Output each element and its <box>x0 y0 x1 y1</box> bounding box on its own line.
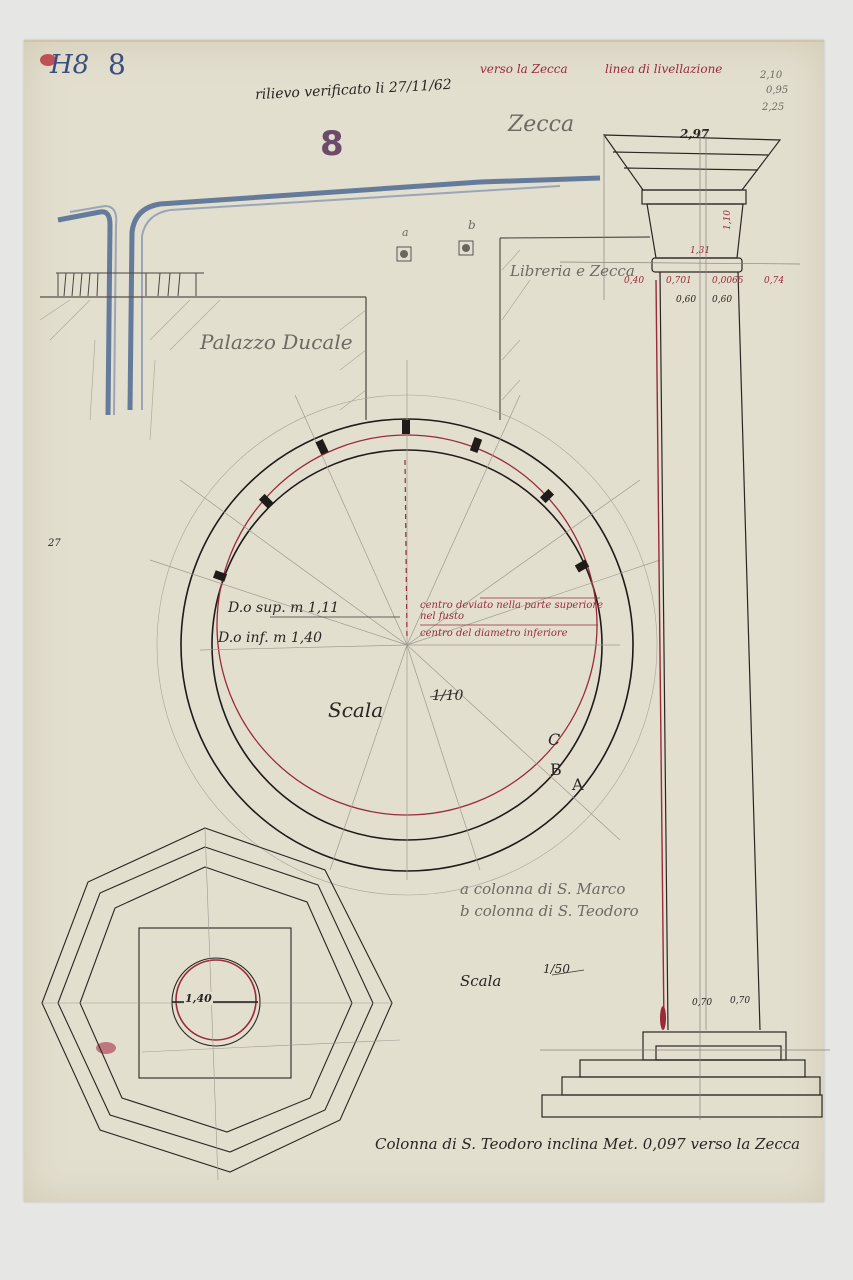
bridge-railing <box>40 273 205 297</box>
palazzo-ducale-outline <box>40 297 366 420</box>
measure-black-2: 0,60 <box>712 295 732 305</box>
measure-black-1: 0,60 <box>676 295 696 305</box>
measure-red-1: 0,40 <box>624 276 644 286</box>
plumb-line <box>656 280 664 1028</box>
plan-scale-value: 1/10 <box>432 688 463 704</box>
plan-scale-label: Scala <box>328 698 383 722</box>
ring-label-a: A <box>572 775 584 794</box>
level-number-1: 2,10 <box>760 70 782 81</box>
center-note-upper: centro deviato nella parte superiore nel… <box>420 600 610 622</box>
diameter-lower: D.o inf. m 1,40 <box>218 630 322 646</box>
ring-label-c: C <box>548 730 560 749</box>
base-diameter-label: 1,40 <box>184 992 213 1005</box>
elevation-scale-value: 1/50 <box>543 962 570 976</box>
base-octagon-plan <box>42 828 392 1172</box>
ring-label-b: B <box>550 760 562 779</box>
caption: Colonna di S. Teodoro inclina Met. 0,097… <box>375 1135 800 1153</box>
measure-red-2: 0,701 <box>666 276 692 286</box>
label-palazzo-ducale: Palazzo Ducale <box>200 330 353 354</box>
level-number-2: 0,95 <box>766 85 788 96</box>
ink-stain <box>96 1042 116 1054</box>
column-b-label: b <box>468 218 476 232</box>
sheet-number-stamp: 8 <box>320 124 344 164</box>
column-top-width: 2,97 <box>680 127 709 141</box>
base-measure-1: 0,70 <box>692 998 712 1008</box>
center-note-lower: centro del diametro inferiore <box>420 628 568 639</box>
red-label-livellazione: linea di livellazione <box>605 62 722 76</box>
diameter-upper: D.o sup. m 1,11 <box>228 600 339 616</box>
technical-drawing <box>0 0 853 1280</box>
pencil-note-zecca: Zecca <box>508 112 574 137</box>
elevation-scale-label: Scala <box>460 972 501 990</box>
corner-number: 8 <box>108 48 126 81</box>
corner-crossed-number: H8 <box>50 50 89 80</box>
measurement-ticks <box>213 420 589 582</box>
measure-red-3: 0,0065 <box>712 276 744 286</box>
level-number-3: 2,25 <box>762 102 784 113</box>
legend-line-a: a colonna di S. Marco <box>460 880 625 898</box>
margin-number: 27 <box>48 538 61 549</box>
red-label-zecca: verso la Zecca <box>480 62 568 76</box>
column-a-label: a <box>402 226 409 239</box>
neck-label: 1,31 <box>690 246 710 256</box>
base-measure-2: 0,70 <box>730 996 750 1006</box>
label-libreria-zecca: Libreria e Zecca <box>510 262 635 280</box>
legend-line-b: b colonna di S. Teodoro <box>460 902 639 920</box>
capital-height: 1,10 <box>723 210 733 230</box>
measure-red-4: 0,74 <box>764 276 784 286</box>
